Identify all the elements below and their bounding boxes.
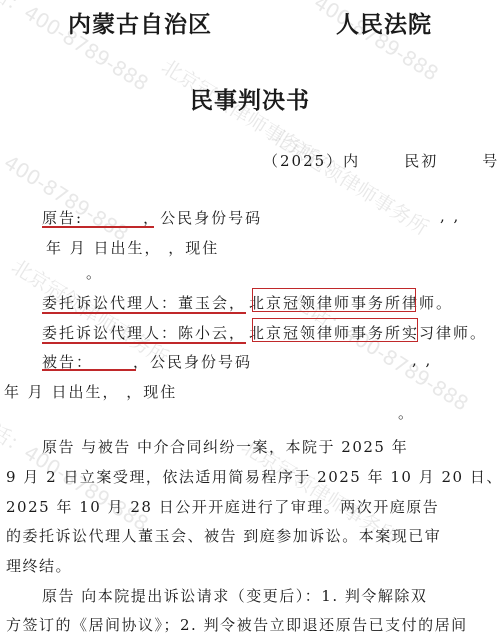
defendant-commas: , , [412, 351, 432, 369]
defendant-birth: 年 月 日出生， ，现住 [4, 381, 177, 402]
paragraph-1-line-5: 理终结。 [6, 555, 72, 576]
case-number: （2025）内民初号 [263, 150, 499, 171]
court-region: 内蒙古自治区 [68, 6, 212, 39]
plaintiff-underline [42, 226, 154, 228]
plaintiff-line: 原告:，公民身份号码 [42, 207, 262, 228]
judgment-document: 电话：400-8789-888 电话：400-8789-888 北京冠领律师事务… [0, 0, 500, 636]
agent-2-underline [42, 342, 246, 344]
plaintiff-commas: , , [440, 207, 460, 225]
agent-1-label: 委托诉讼代理人：董玉会， [42, 294, 246, 312]
court-name: 人民法院 [336, 6, 432, 39]
document-title: 民事判决书 [0, 82, 500, 115]
paragraph-1-line-1: 原告 与被告 中介合同纠纷一案，本院于 2025 年 [42, 436, 408, 457]
agent-2-firm-box [252, 318, 418, 342]
paragraph-1-line-4: 的委托诉讼代理人董玉会、被告 到庭参加诉讼。本案现已审 [6, 525, 441, 546]
agent-1-underline [42, 312, 246, 314]
paragraph-1-line-2: 9 月 2 日立案受理，依法适用简易程序于 2025 年 10 月 20 日、 [6, 466, 500, 487]
plaintiff-birth: 年 月 日出生， ，现住 [46, 237, 219, 258]
defendant-underline [42, 369, 136, 371]
plaintiff-address-end: 。 [86, 262, 103, 283]
paragraph-2-line-2: 方签订的《居间协议》；2. 判令被告立即退还原告已支付的居间 [6, 614, 468, 635]
watermark: 北京冠领律师事务所 [267, 124, 432, 240]
plaintiff-label: 原告: [42, 209, 83, 227]
agent-1-firm-box [252, 288, 416, 312]
paragraph-2-line-1: 原告 向本院提出诉讼请求（变更后）：1. 判令解除双 [42, 585, 427, 606]
agent-2-label: 委托诉讼代理人：陈小云， [42, 324, 246, 342]
paragraph-1-line-3: 2025 年 10 月 28 日公开开庭进行了审理。两次开庭原告 [6, 496, 439, 517]
defendant-address-end: 。 [398, 402, 415, 423]
